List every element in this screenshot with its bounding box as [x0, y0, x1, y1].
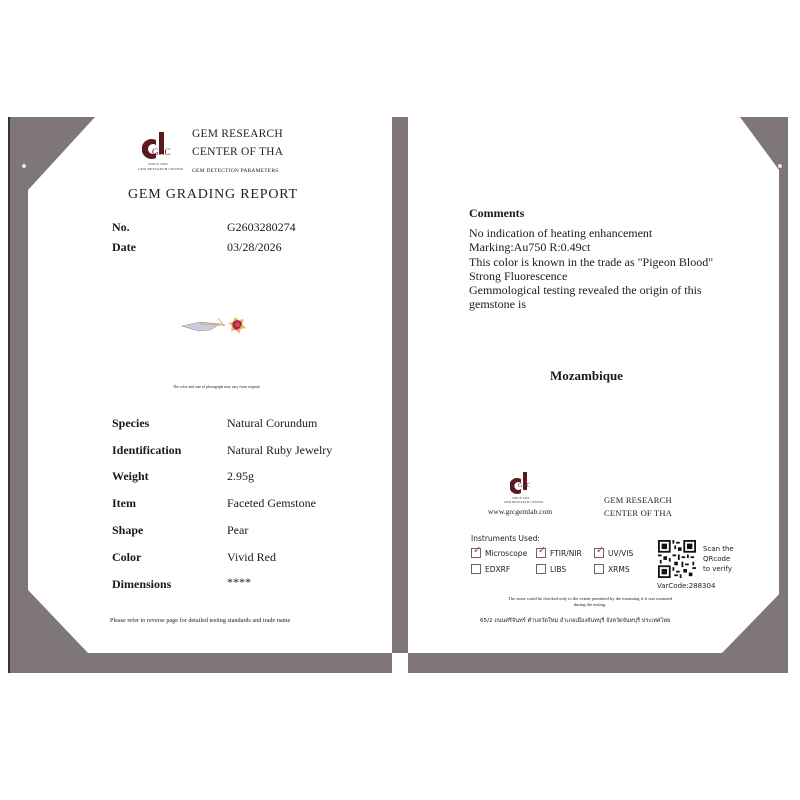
scan-line: Scan the	[703, 544, 734, 554]
verification-code: VarCode:288304	[657, 582, 715, 590]
comment-line: Gemmological testing revealed the origin…	[469, 283, 739, 297]
comment-line: No indication of heating enhancement	[469, 226, 739, 240]
logo-caption: GEM RESEARCH CENTER	[138, 167, 183, 171]
field-label-weight: Weight	[112, 469, 149, 484]
comment-line: This color is known in the trade as "Pig…	[469, 255, 739, 269]
field-value-color: Vivid Red	[227, 550, 276, 565]
checkbox-libs[interactable]: LIBS	[536, 564, 566, 574]
field-label-item: Item	[112, 496, 136, 511]
scan-qr-instructions: Scan the QRcode to verify	[703, 544, 734, 574]
field-value-item: Faceted Gemstone	[227, 496, 316, 511]
report-number-label: No.	[112, 220, 130, 235]
website-link[interactable]: www.grcgemlab.com	[488, 507, 552, 516]
mounting-disclaimer: The stone could be checked only to the e…	[505, 596, 675, 608]
field-label-dimensions: Dimensions	[112, 577, 171, 592]
checkbox-label: XRMS	[608, 565, 630, 574]
origin-country: Mozambique	[550, 368, 623, 384]
scan-line: QRcode	[703, 554, 734, 564]
field-value-species: Natural Corundum	[227, 416, 317, 431]
checkbox-label: LIBS	[550, 565, 566, 574]
checkbox-box[interactable]: ✓	[594, 548, 604, 558]
field-value-weight: 2.95g	[227, 469, 254, 484]
checkbox-box[interactable]	[594, 564, 604, 574]
center-fold	[392, 653, 408, 673]
report-title: GEM GRADING REPORT	[128, 187, 298, 203]
checkbox-box[interactable]	[536, 564, 546, 574]
checkbox-label: FTIR/NIR	[550, 549, 582, 558]
field-label-identification: Identification	[112, 443, 181, 458]
photo-caption: The color and size of photograph may var…	[173, 385, 260, 389]
field-value-shape: Pear	[227, 523, 248, 538]
lab-address: 65/2 ถนนศรีจันทร์ ตำบลวัดใหม่ อำเภอเมือง…	[480, 617, 670, 625]
comments-body: No indication of heating enhancement Mar…	[469, 226, 739, 312]
checkbox-label: EDXRF	[485, 565, 510, 574]
instruments-title: Instruments Used:	[471, 534, 540, 543]
comment-line: Strong Fluorescence	[469, 269, 739, 283]
field-label-species: Species	[112, 416, 149, 431]
comment-line: gemstone is	[469, 297, 739, 311]
gemstone-photo	[180, 312, 260, 342]
logo-caption: GEM RESEARCH CENTER	[504, 500, 543, 504]
check-icon: ✓	[538, 546, 546, 556]
check-icon: ✓	[473, 546, 481, 556]
org-name-line2: CENTER OF THA	[604, 508, 672, 518]
grc-logo-small: GRC SINCE 2005 GEM RESEARCH CENTER	[510, 472, 534, 501]
field-value-identification: Natural Ruby Jewelry	[227, 443, 332, 458]
field-label-shape: Shape	[112, 523, 143, 538]
check-icon: ✓	[596, 546, 604, 556]
report-date: 03/28/2026	[227, 240, 282, 255]
logo-text: GRC	[152, 147, 171, 157]
org-name-line2: CENTER OF THA	[192, 146, 283, 158]
checkbox-box[interactable]: ✓	[536, 548, 546, 558]
reverse-page-note: Please refer to reverse page for detaile…	[110, 617, 290, 624]
org-name-line1: GEM RESEARCH	[604, 495, 672, 505]
comment-line: Marking:Au750 R:0.49ct	[469, 240, 739, 254]
checkbox-label: UV/VIS	[608, 549, 633, 558]
org-name-line1: GEM RESEARCH	[192, 128, 283, 140]
report-date-label: Date	[112, 240, 136, 255]
checkbox-box[interactable]	[471, 564, 481, 574]
report-number: G2603280274	[227, 220, 296, 235]
logo-since: SINCE 2005	[148, 162, 168, 166]
certificate-paper	[0, 0, 800, 800]
grc-logo: GRC SINCE 2005 GEM RESEARCH CENTER	[142, 132, 172, 165]
logo-text: GRC	[518, 483, 530, 489]
checkbox-box[interactable]: ✓	[471, 548, 481, 558]
checkbox-xrms[interactable]: XRMS	[594, 564, 630, 574]
checkbox-ftir-nir[interactable]: ✓ FTIR/NIR	[536, 548, 582, 558]
comments-title: Comments	[469, 206, 524, 221]
scan-line: to verify	[703, 564, 734, 574]
org-subtitle: GEM DETECTION PARAMETERS	[192, 168, 279, 174]
field-label-color: Color	[112, 550, 141, 565]
checkbox-uv-vis[interactable]: ✓ UV/VIS	[594, 548, 633, 558]
qr-code-icon[interactable]	[658, 540, 696, 578]
checkbox-microscope[interactable]: ✓ Microscope	[471, 548, 527, 558]
checkbox-label: Microscope	[485, 549, 527, 558]
checkbox-edxrf[interactable]: EDXRF	[471, 564, 510, 574]
field-value-dimensions: ****	[227, 575, 251, 590]
